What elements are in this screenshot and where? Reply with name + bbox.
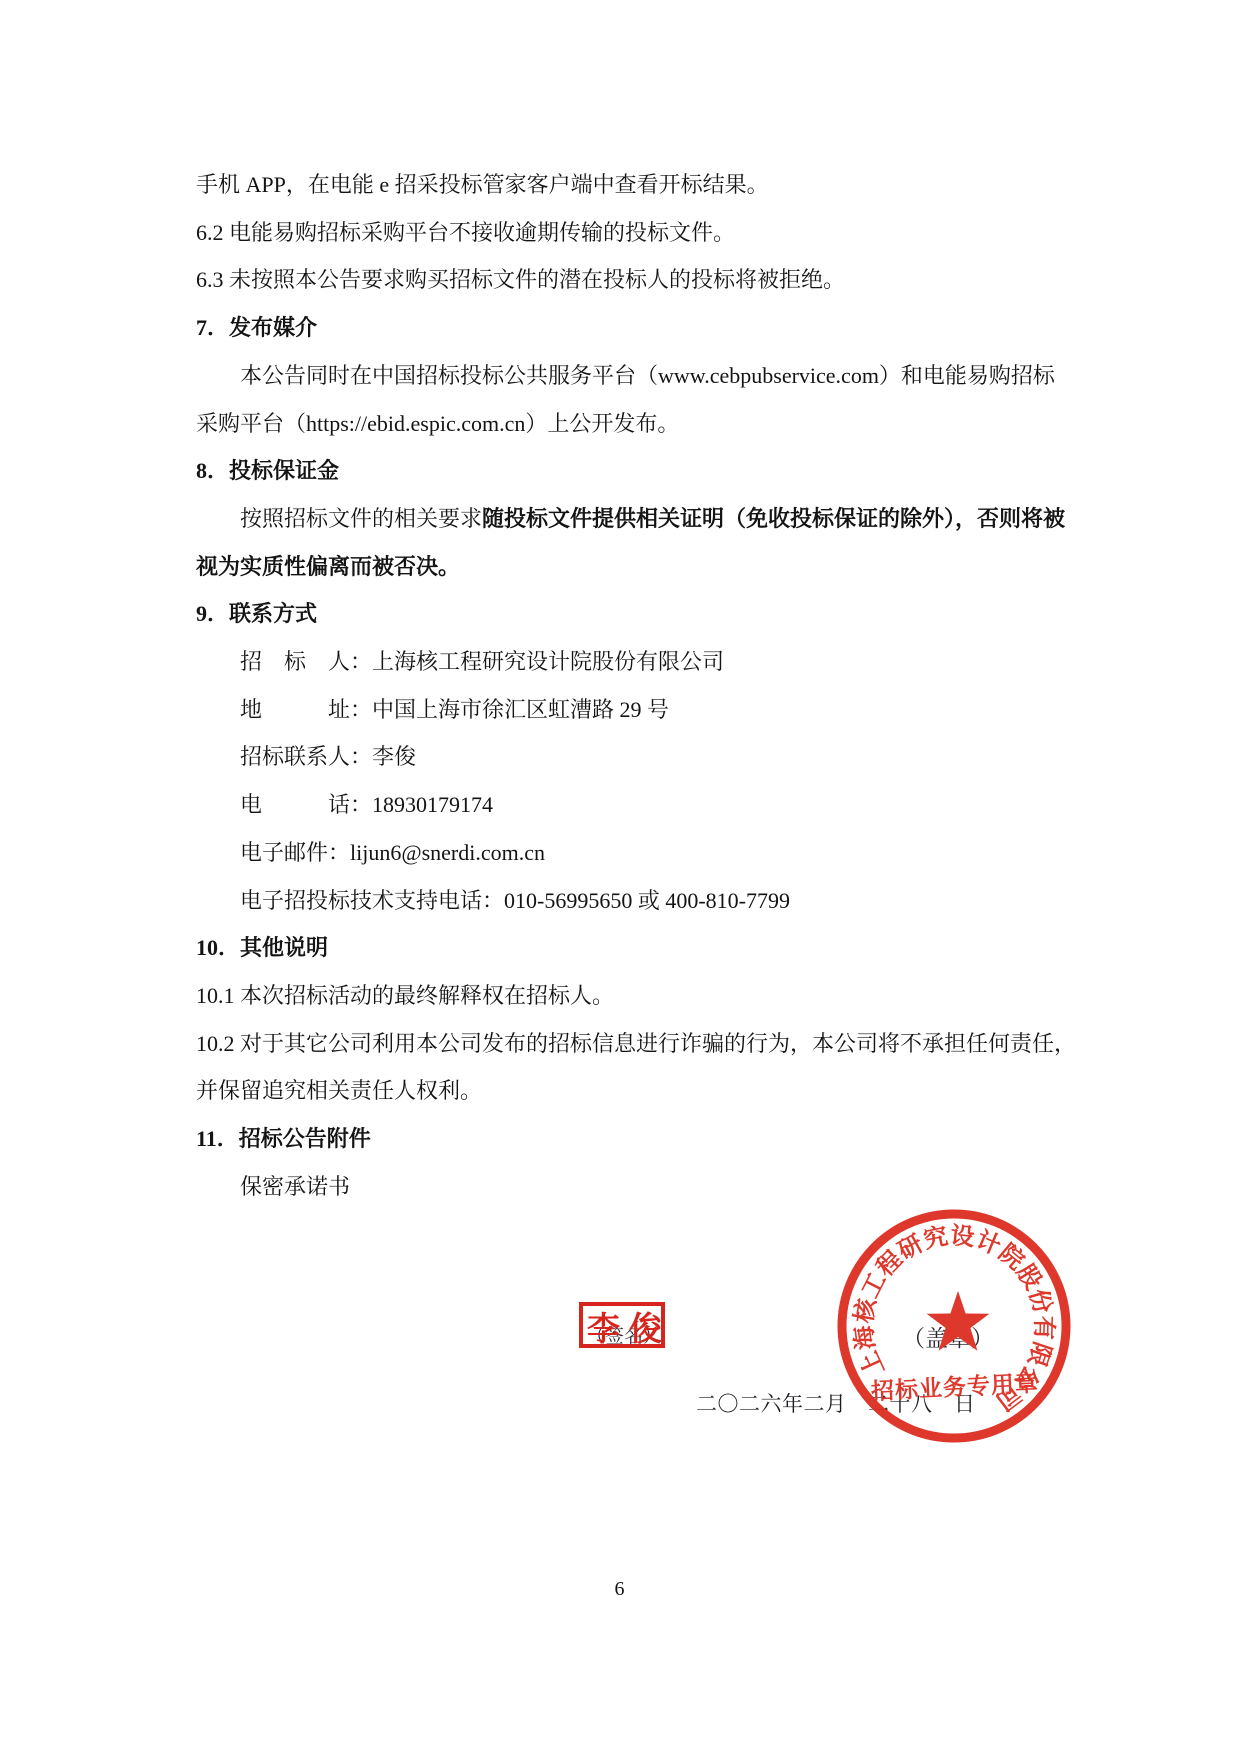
section7-line1: 本公告同时在中国招标投标公共服务平台（www.cebpubservice.com… xyxy=(196,352,1082,400)
contact-tech-support: 电子招投标技术支持电话：010-56995650 或 400-810-7799 xyxy=(196,877,1082,925)
heading-7-publish-media: 7．发布媒介 xyxy=(196,304,1082,352)
contact-phone: 电 话：18930179174 xyxy=(196,781,1082,829)
document-body: 手机 APP，在电能 e 招采投标管家客户端中查看开标结果。 6.2 电能易购招… xyxy=(196,161,1082,1210)
section7-line2: 采购平台（https://ebid.espic.com.cn）上公开发布。 xyxy=(196,400,1082,448)
signature-name-stamp-text: 李俊 xyxy=(587,1303,671,1350)
contact-address: 地 址：中国上海市徐汇区虹漕路 29 号 xyxy=(196,686,1082,734)
paragraph-6-1-continuation: 手机 APP，在电能 e 招采投标管家客户端中查看开标结果。 xyxy=(196,161,1082,209)
contact-person: 招标联系人：李俊 xyxy=(196,733,1082,781)
item-6-2: 6.2 电能易购招标采购平台不接收逾期传输的投标文件。 xyxy=(196,209,1082,257)
signature-name-seal: （签名） 李俊 xyxy=(579,1302,665,1348)
item-10-2-line1: 10.2 对于其它公司利用本公司发布的招标信息进行诈骗的行为，本公司将不承担任何… xyxy=(196,1020,1082,1068)
heading-11-attachments: 11．招标公告附件 xyxy=(196,1115,1082,1163)
document-page: 手机 APP，在电能 e 招采投标管家客户端中查看开标结果。 6.2 电能易购招… xyxy=(0,0,1239,1754)
item-6-3: 6.3 未按照本公告要求购买招标文件的潜在投标人的投标将被拒绝。 xyxy=(196,256,1082,304)
heading-8-bid-bond: 8．投标保证金 xyxy=(196,447,1082,495)
company-seal: （盖章） 上海核工程研究设计院股份有限公司 招标业务专用章 xyxy=(824,1196,1088,1460)
heading-10-other-notes: 10．其他说明 xyxy=(196,924,1082,972)
heading-9-contact: 9．联系方式 xyxy=(196,590,1082,638)
section8-bold-text: 随投标文件提供相关证明（免收投标保证的除外），否则将被 xyxy=(482,506,1065,531)
section8-line2: 视为实质性偏离而被否决。 xyxy=(196,543,1082,591)
item-10-1: 10.1 本次招标活动的最终解释权在招标人。 xyxy=(196,972,1082,1020)
page-number: 6 xyxy=(0,1578,1239,1601)
contact-email: 电子邮件：lijun6@snerdi.com.cn xyxy=(196,829,1082,877)
item-10-2-line2: 并保留追究相关责任人权利。 xyxy=(196,1067,1082,1115)
section8-normal-text: 按照招标文件的相关要求 xyxy=(240,506,482,531)
contact-bidder: 招 标 人：上海核工程研究设计院股份有限公司 xyxy=(196,638,1082,686)
section8-line1: 按照招标文件的相关要求随投标文件提供相关证明（免收投标保证的除外），否则将被 xyxy=(196,495,1082,543)
